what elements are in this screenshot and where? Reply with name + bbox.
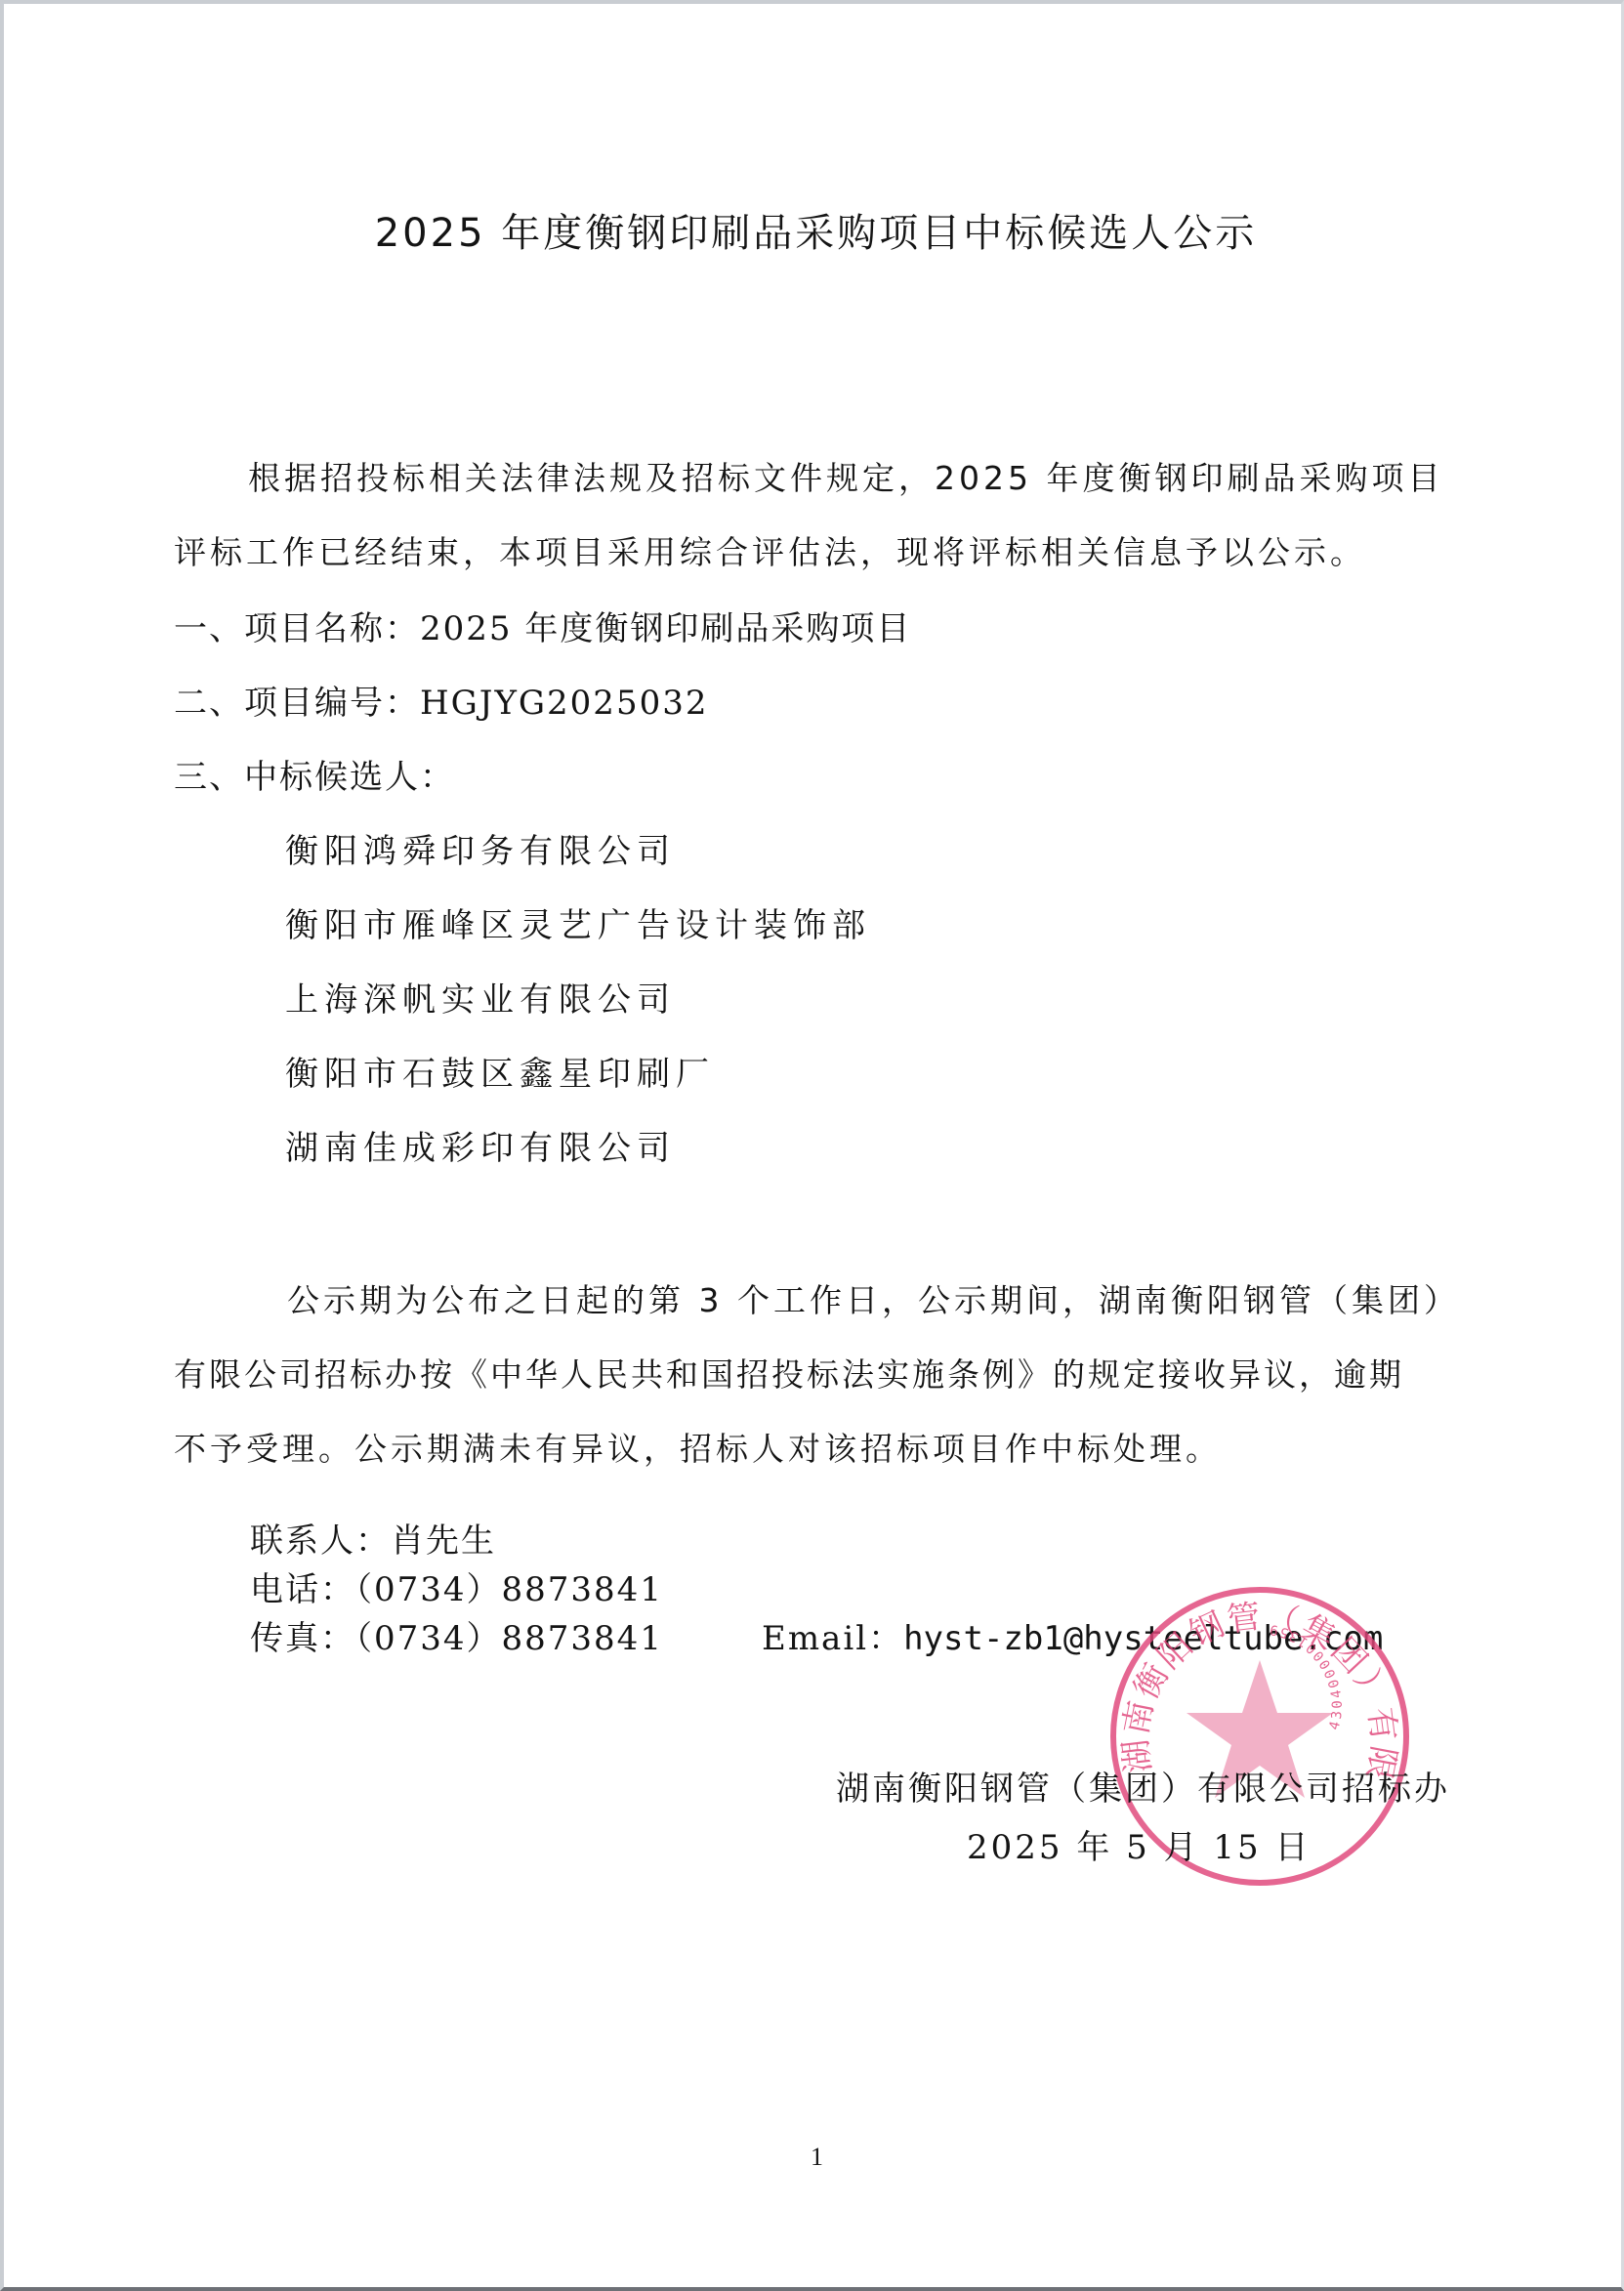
- intro-line-2: 评标工作已经结束，本项目采用综合评估法，现将评标相关信息予以公示。: [174, 533, 1366, 572]
- document-page: 2025 年度衡钢印刷品采购项目中标候选人公示 根据招投标相关法律法规及招标文件…: [0, 0, 1624, 2291]
- contact-phone-label: 电话：: [250, 1570, 355, 1609]
- issue-date: 2025 年 5 月 15 日: [967, 1828, 1311, 1867]
- candidate-item: 湖南佳成彩印有限公司: [285, 1129, 676, 1168]
- candidate-item: 衡阳市石鼓区鑫星印刷厂: [285, 1055, 715, 1094]
- contact-fax-value: （0734）8873841: [355, 1619, 663, 1658]
- contact-fax-label: 传真：: [250, 1619, 355, 1658]
- section-project-name: 一、项目名称：2025 年度衡钢印刷品采购项目: [174, 609, 911, 648]
- contact-fax: 传真：（0734）8873841: [250, 1619, 663, 1658]
- candidate-item: 衡阳鸿舜印务有限公司: [285, 832, 676, 871]
- candidate-item: 衡阳市雁峰区灵艺广告设计装饰部: [285, 906, 871, 945]
- intro-line-1: 根据招投标相关法律法规及招标文件规定，2025 年度衡钢印刷品采购项目: [248, 459, 1443, 498]
- candidate-item: 上海深帆实业有限公司: [285, 980, 676, 1020]
- section-label: 一、项目名称：: [174, 609, 420, 648]
- issuer-name: 湖南衡阳钢管（集团）有限公司招标办: [836, 1770, 1450, 1809]
- project-number-value: HGJYG2025032: [420, 684, 708, 723]
- contact-email-label: Email：: [762, 1619, 903, 1658]
- contact-person-value: 肖先生: [391, 1521, 496, 1561]
- section-candidates-heading: 三、中标候选人：: [174, 758, 455, 797]
- contact-phone: 电话：（0734）8873841: [250, 1570, 663, 1609]
- page-title: 2025 年度衡钢印刷品采购项目中标候选人公示: [4, 209, 1624, 258]
- section-label: 二、项目编号：: [174, 684, 420, 723]
- notice-line-2: 有限公司招标办按《中华人民共和国招投标法实施条例》的规定接收异议，逾期: [174, 1355, 1404, 1395]
- notice-line-1: 公示期为公布之日起的第 3 个工作日，公示期间，湖南衡阳钢管（集团）: [287, 1281, 1460, 1320]
- project-name-value: 2025 年度衡钢印刷品采购项目: [420, 609, 911, 648]
- section-label: 三、中标候选人：: [174, 758, 455, 797]
- notice-line-3: 不予受理。公示期满未有异议，招标人对该招标项目作中标处理。: [174, 1430, 1222, 1469]
- section-project-number: 二、项目编号：HGJYG2025032: [174, 684, 708, 723]
- contact-person-label: 联系人：: [250, 1521, 391, 1561]
- contact-person: 联系人：肖先生: [250, 1521, 496, 1561]
- contact-phone-value: （0734）8873841: [355, 1570, 663, 1609]
- page-number: 1: [811, 2143, 823, 2172]
